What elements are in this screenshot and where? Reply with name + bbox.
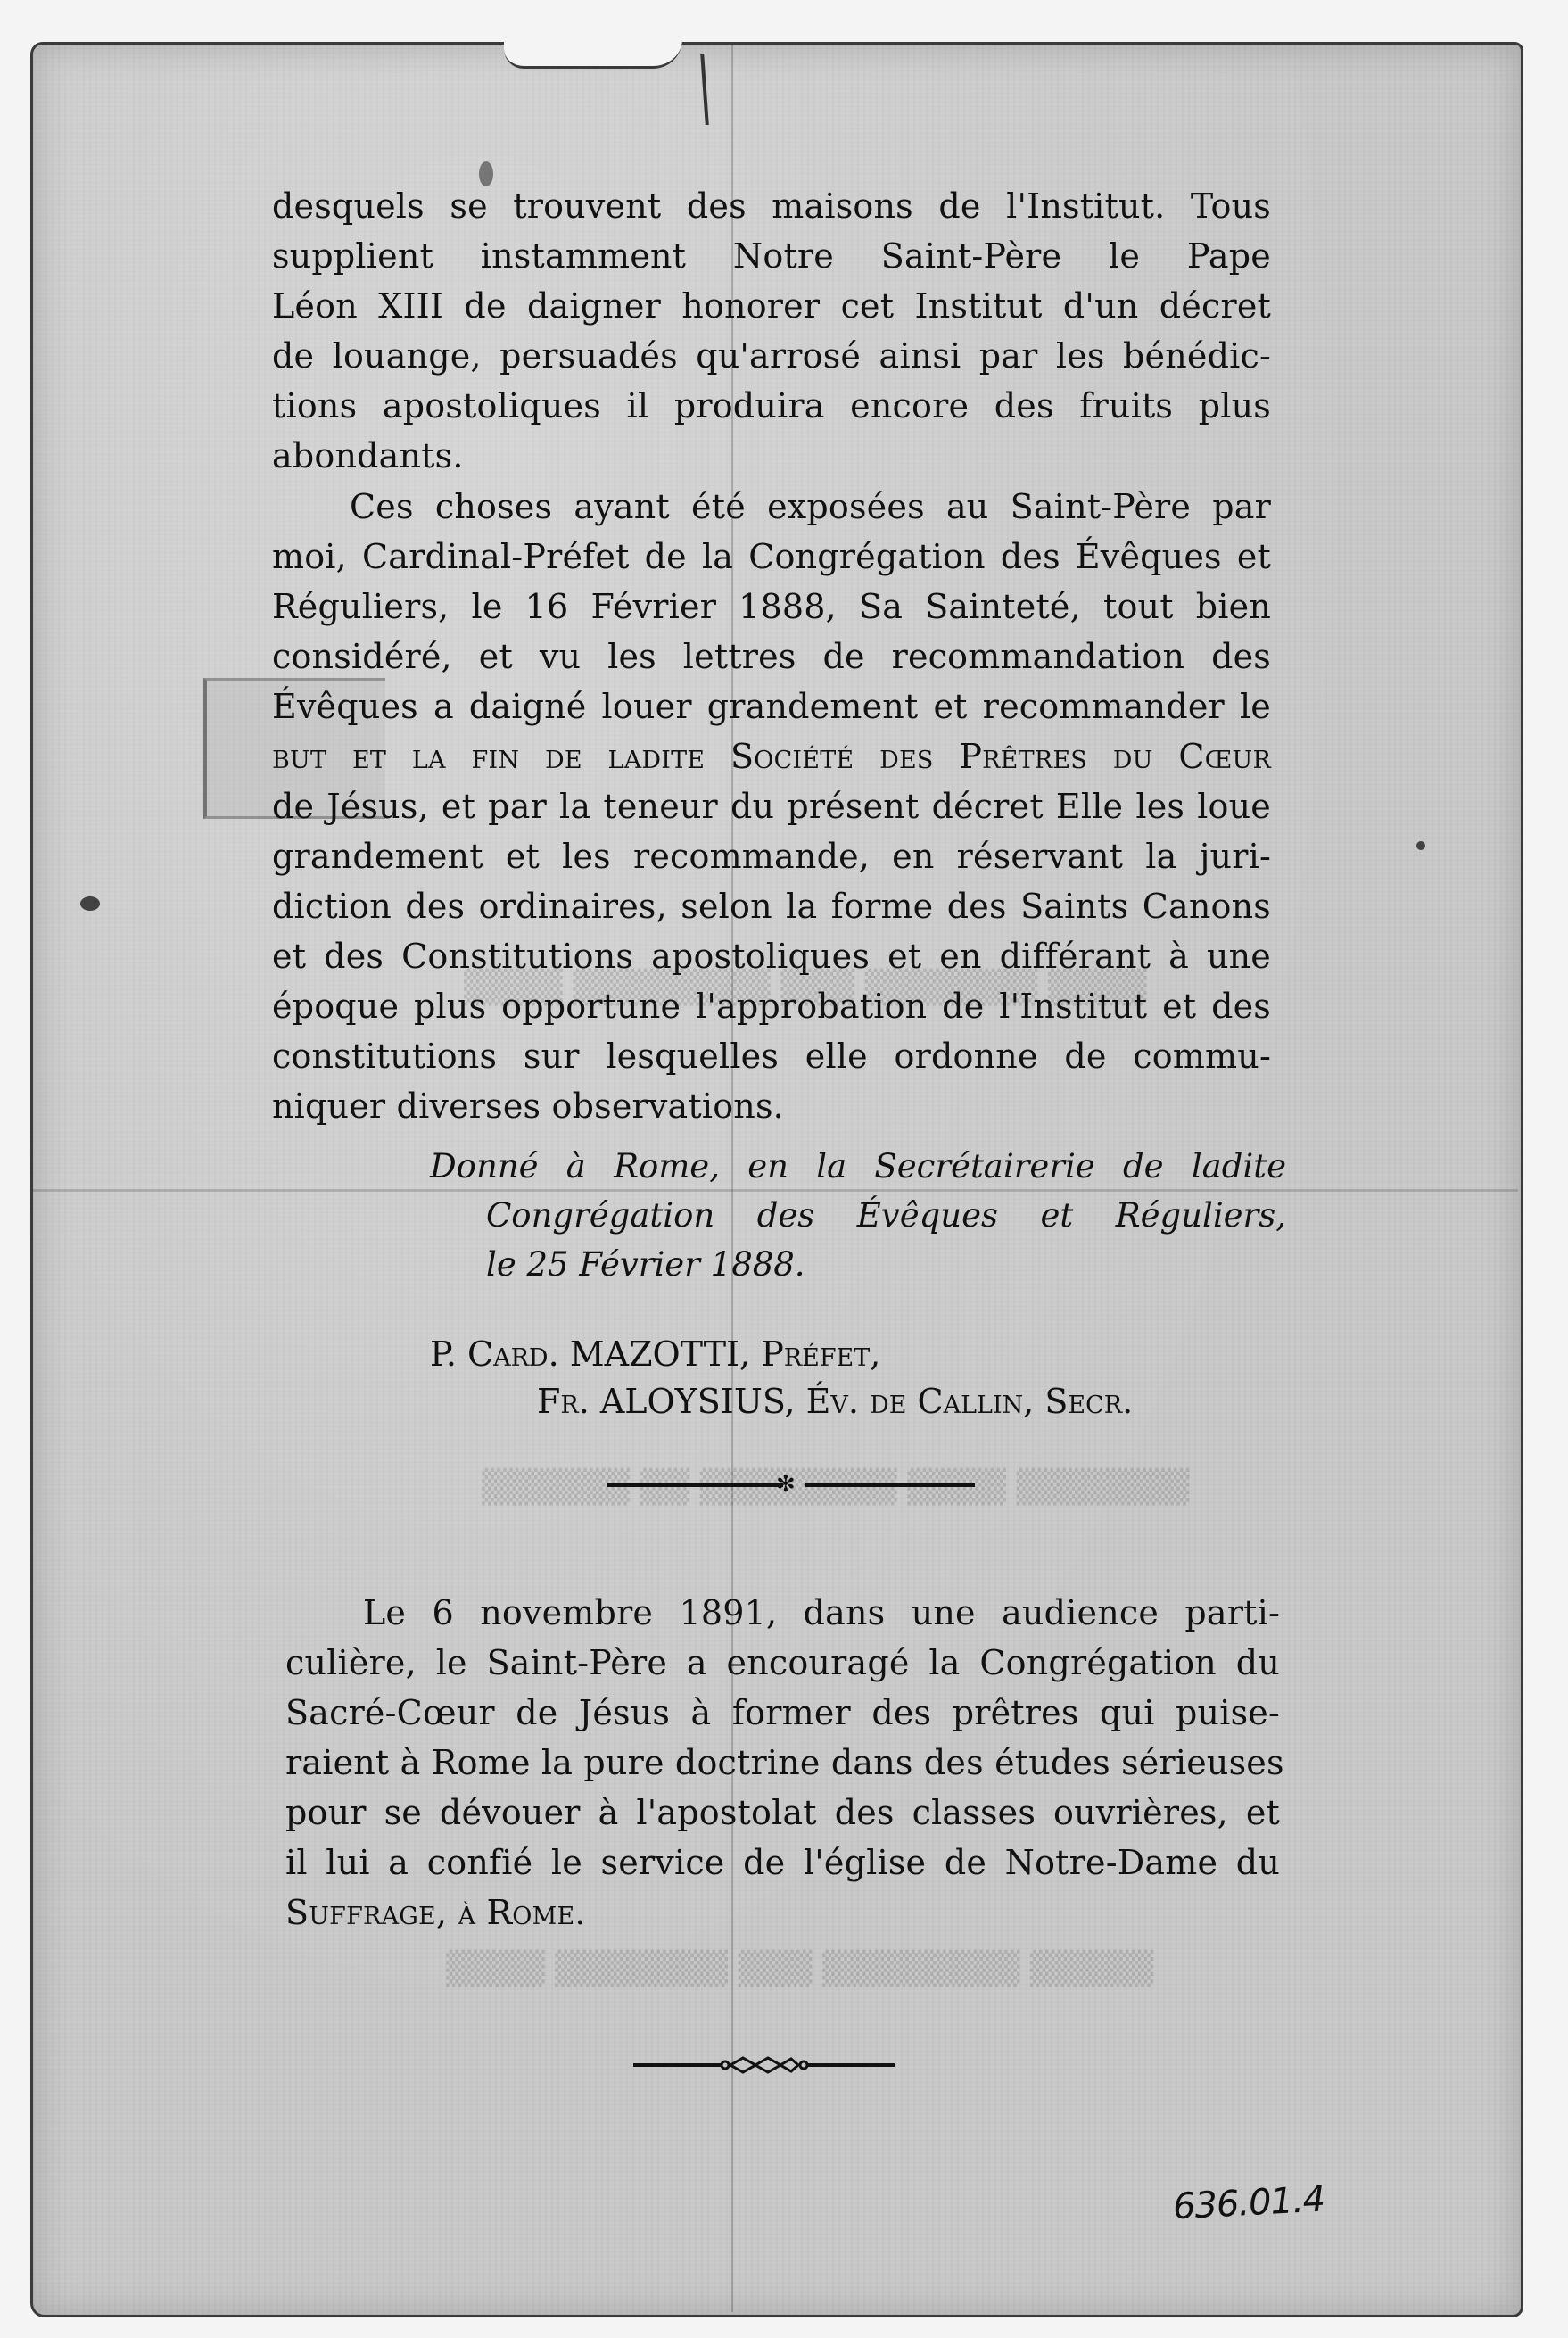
divider-bar-right xyxy=(805,1483,975,1487)
star-ornament-icon: ✻ xyxy=(776,1472,796,1497)
divider-bar-left xyxy=(607,1483,783,1487)
given-at-line-2: Congrégation des Évêques et Réguliers, xyxy=(486,1191,1286,1241)
signature-secretary: Fr. ALOYSIUS, Év. de Callin, Secr. xyxy=(537,1376,1133,1426)
divider-bar-left xyxy=(633,2063,722,2067)
text-line: abondants. xyxy=(272,431,1271,481)
signature-prefect: P. Card. MAZOTTI, Préfet, xyxy=(430,1329,880,1379)
paragraph-3: Le 6 novembre 1891, dans une audience pa… xyxy=(285,1588,1280,1937)
text-line: supplient instamment Notre Saint-Père le… xyxy=(272,231,1271,281)
text-line: grandement et les recommande, en réserva… xyxy=(272,831,1271,881)
paragraph-1: desquels se trouvent des maisons de l'In… xyxy=(272,181,1271,481)
text-line: moi, Cardinal-Préfet de la Congrégation … xyxy=(272,532,1271,582)
ink-blot xyxy=(1416,841,1425,850)
text-line: constitutions sur lesquelles elle ordonn… xyxy=(272,1031,1271,1081)
ornamental-divider xyxy=(633,2059,895,2071)
text-line: Suffrage, à Rome. xyxy=(285,1888,1280,1937)
text-line: de louange, persuadés qu'arrosé ainsi pa… xyxy=(272,331,1271,381)
text-line: tions apostoliques il produira encore de… xyxy=(272,381,1271,431)
text-line: culière, le Saint-Père a encouragé la Co… xyxy=(285,1638,1280,1688)
text-line: Léon XIII de daigner honorer cet Institu… xyxy=(272,281,1271,331)
text-line: niquer diverses observations. xyxy=(272,1081,1271,1131)
ink-blot xyxy=(80,896,100,911)
text-line: but et la fin de ladite Société des Prêt… xyxy=(272,731,1271,781)
text-line: Ces choses ayant été exposées au Saint-P… xyxy=(272,482,1271,532)
divider-bar-right xyxy=(808,2063,895,2067)
text-line: pour se dévouer à l'apostolat des classe… xyxy=(285,1788,1280,1838)
chain-ornament-icon xyxy=(720,2053,809,2077)
text-line: Évêques a daigné louer grandement et rec… xyxy=(272,682,1271,731)
text-line: considéré, et vu les lettres de recomman… xyxy=(272,632,1271,682)
text-line: Sacré-Cœur de Jésus à former des prêtres… xyxy=(285,1688,1280,1738)
text-line: diction des ordinaires, selon la forme d… xyxy=(272,881,1271,931)
text-line: et des Constitutions apostoliques et en … xyxy=(272,931,1271,981)
archive-reference-number: 636.01.4 xyxy=(1172,2179,1325,2228)
given-at-line-1: Donné à Rome, en la Secrétairerie de lad… xyxy=(430,1142,1286,1192)
show-through-text: ▒▒▒▒▒ ▒▒▒▒▒▒▒▒ ▒▒▒ ▒▒▒▒▒▒▒ ▒▒▒▒ xyxy=(446,1945,1153,1995)
ornamental-divider: ✻ xyxy=(607,1479,975,1491)
text-line: de Jésus, et par la teneur du présent dé… xyxy=(272,781,1271,831)
given-at-date: le 25 Février 1888. xyxy=(486,1240,805,1290)
text-line: il lui a confié le service de l'église d… xyxy=(285,1838,1280,1888)
text-line: raient à Rome la pure doctrine dans des … xyxy=(285,1738,1280,1788)
paragraph-2: Ces choses ayant été exposées au Saint-P… xyxy=(272,482,1271,1131)
text-line: desquels se trouvent des maisons de l'In… xyxy=(272,181,1271,231)
text-line: Réguliers, le 16 Février 1888, Sa Sainte… xyxy=(272,582,1271,632)
torn-notch xyxy=(504,39,682,69)
text-line: époque plus opportune l'approbation de l… xyxy=(272,981,1271,1031)
text-line: Le 6 novembre 1891, dans une audience pa… xyxy=(285,1588,1280,1638)
